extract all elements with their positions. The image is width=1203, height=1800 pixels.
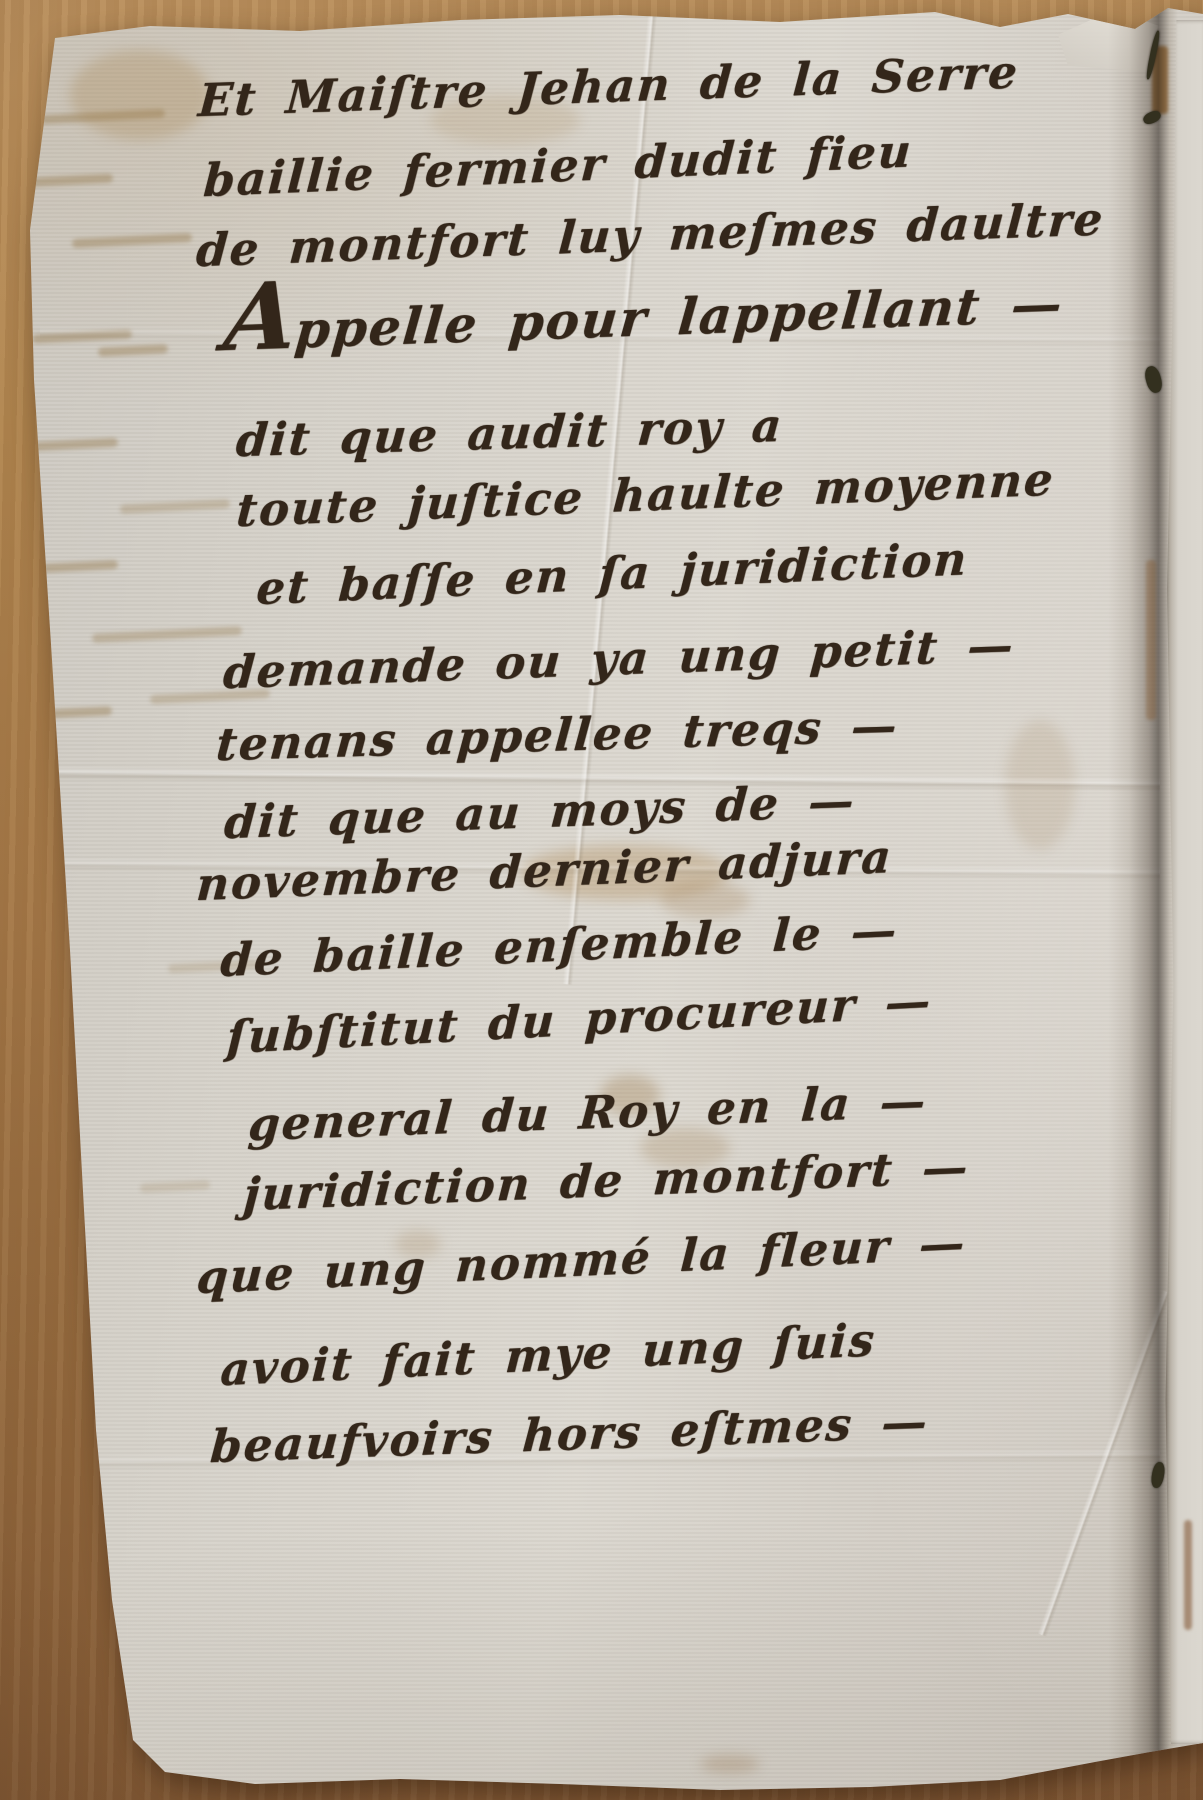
stain [700, 1755, 760, 1773]
manuscript-line: et baſſe en ſa juridiction [255, 536, 970, 611]
manuscript-page: Et Maiſtre Jehan de la Serre baillie fer… [0, 0, 1203, 1800]
paper-shadow: Et Maiſtre Jehan de la Serre baillie fer… [0, 0, 1203, 1800]
manuscript-line: avoit fait mye ung ſuis [219, 1317, 877, 1392]
verso-show-through [72, 233, 192, 248]
manuscript-line: ſubſtitut du procureur — [226, 978, 934, 1060]
manuscript-line: Et Maiſtre Jehan de la Serre [197, 49, 1021, 123]
manuscript-line: toute juſtice haulte moyenne [235, 457, 1056, 534]
stain [70, 50, 210, 140]
verso-show-through [120, 499, 230, 514]
manuscript-line: tenans appellee treqs — [215, 703, 901, 767]
verso-show-through [98, 344, 168, 357]
photo-of-manuscript: { "scene": { "description": "Photograph … [0, 0, 1203, 1800]
manuscript-line: baillie fermier dudit fieu [202, 128, 914, 203]
manuscript-line: general du Roy en la — [247, 1078, 929, 1147]
verso-show-through [42, 706, 112, 719]
manuscript-line: dit que audit roy a [235, 403, 785, 463]
manuscript-line: demande ou ya ung petit — [222, 622, 1016, 695]
manuscript-line: que ung nommé la fleur — [195, 1220, 967, 1300]
verso-show-through [38, 560, 118, 573]
verso-show-through [140, 1180, 210, 1193]
rust-stain [1184, 1520, 1192, 1630]
manuscript-line: juridiction de montfort — [242, 1144, 971, 1217]
manuscript-line: de montfort luy meſmes daultre [195, 196, 1106, 273]
manuscript-line: de baille enſemble le — [219, 907, 899, 983]
verso-show-through [18, 174, 113, 188]
verso-show-through [28, 438, 118, 452]
verso-show-through [92, 626, 242, 643]
rust-stain [1146, 560, 1156, 720]
fold-seam [1108, 6, 1178, 1770]
